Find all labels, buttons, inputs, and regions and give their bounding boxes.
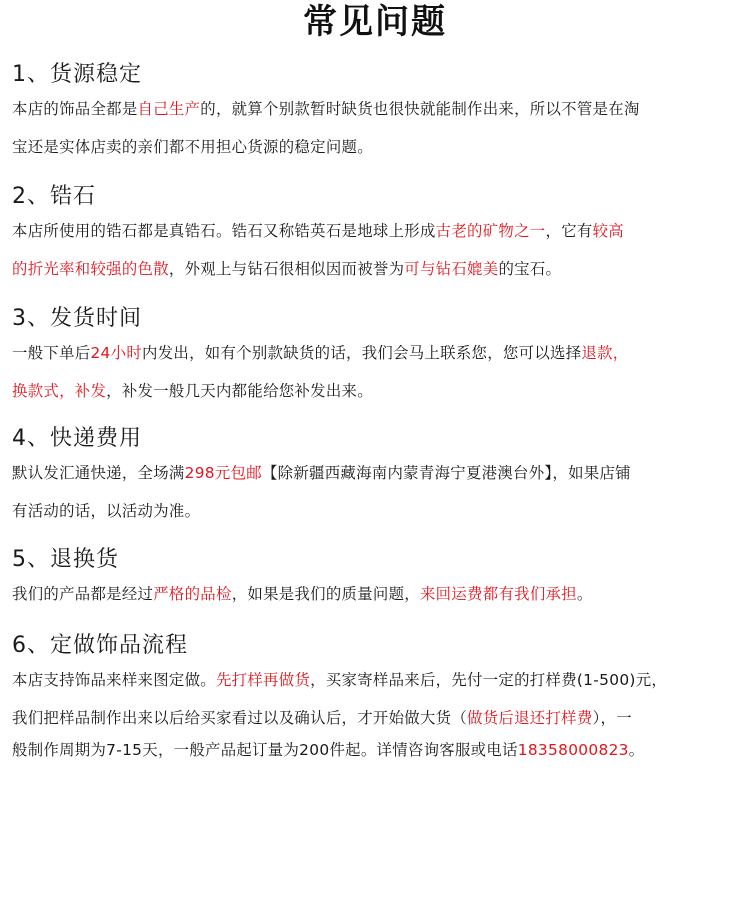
highlight-text: 来回运费都有我们承担 bbox=[420, 585, 577, 603]
faq-section-zircon: 2、锆石 本店所使用的锆石都是真锆石。锆石又称锆英石是地球上形成古老的矿物之一，… bbox=[12, 184, 748, 288]
highlight-text: 298元包邮 bbox=[185, 464, 262, 482]
text-run: 【除新疆西藏海南内蒙青海宁夏港澳台外】，如果店铺 bbox=[262, 464, 631, 482]
text-run: 的，就算个别款暂时缺货也很快就能制作出来，所以不管是在淘 bbox=[200, 100, 639, 118]
highlight-text: 严格的品检 bbox=[153, 585, 231, 603]
text-run: ，外观上与钻石很相似因而被誉为 bbox=[169, 260, 404, 278]
section-line: 本店的饰品全都是自己生产的，就算个别款暂时缺货也很快就能制作出来，所以不管是在淘 bbox=[12, 90, 748, 128]
highlight-text: 古老的矿物之一 bbox=[436, 222, 546, 240]
section-line: 有活动的话，以活动为准。 bbox=[12, 492, 748, 530]
highlight-text: 做货后退还打样费 bbox=[467, 709, 593, 727]
highlight-text: 可与钻石媲美 bbox=[404, 260, 498, 278]
faq-section-shipping-cost: 4、快递费用 默认发汇通快递，全场满298元包邮【除新疆西藏海南内蒙青海宁夏港澳… bbox=[12, 426, 748, 530]
section-line: 我们的产品都是经过严格的品检，如果是我们的质量问题，来回运费都有我们承担。 bbox=[12, 575, 748, 613]
text-run: 本店的饰品全都是 bbox=[12, 100, 138, 118]
section-heading: 3、发货时间 bbox=[12, 306, 748, 332]
section-heading: 1、货源稳定 bbox=[12, 62, 748, 88]
text-run: ，补发一般几天内都能给您补发出来。 bbox=[106, 382, 373, 400]
section-line: 本店支持饰品来样来图定做。先打样再做货，买家寄样品来后，先付一定的打样费(1-5… bbox=[12, 661, 748, 699]
faq-section-custom-order: 6、定做饰品流程 本店支持饰品来样来图定做。先打样再做货，买家寄样品来后，先付一… bbox=[12, 633, 748, 769]
text-run: ，如果是我们的质量问题， bbox=[232, 585, 420, 603]
text-run: ，买家寄样品来后，先付一定的打样费(1-500)元， bbox=[310, 671, 667, 689]
text-run: 。 bbox=[577, 585, 593, 603]
text-run: 。 bbox=[629, 741, 645, 759]
faq-section-shipping-time: 3、发货时间 一般下单后24小时内发出，如有个别款缺货的话，我们会马上联系您，您… bbox=[12, 306, 748, 410]
highlight-text: 的折光率和较强的色散 bbox=[12, 260, 169, 278]
section-line: 默认发汇通快递，全场满298元包邮【除新疆西藏海南内蒙青海宁夏港澳台外】，如果店… bbox=[12, 454, 748, 492]
highlight-text: 24小时 bbox=[90, 344, 142, 362]
faq-section-supply: 1、货源稳定 本店的饰品全都是自己生产的，就算个别款暂时缺货也很快就能制作出来，… bbox=[12, 62, 748, 166]
page-title: 常见问题 bbox=[0, 2, 750, 42]
section-line: 的折光率和较强的色散，外观上与钻石很相似因而被誉为可与钻石媲美的宝石。 bbox=[12, 250, 748, 288]
text-run: ，它有 bbox=[546, 222, 593, 240]
section-line: 般制作周期为7-15天，一般产品起订量为200件起。详情咨询客服或电话18358… bbox=[12, 731, 748, 769]
text-run: 的宝石。 bbox=[498, 260, 561, 278]
section-heading: 4、快递费用 bbox=[12, 426, 748, 452]
highlight-text: 较高 bbox=[593, 222, 624, 240]
text-run: 默认发汇通快递，全场满 bbox=[12, 464, 185, 482]
highlight-text: 退款， bbox=[581, 344, 628, 362]
text-run: 般制作周期为7-15天，一般产品起订量为200件起。详情咨询客服或电话 bbox=[12, 741, 518, 759]
highlight-text: 换款式，补发 bbox=[12, 382, 106, 400]
text-run: 我们的产品都是经过 bbox=[12, 585, 153, 603]
text-run: 内发出，如有个别款缺货的话，我们会马上联系您，您可以选择 bbox=[142, 344, 581, 362]
text-run: ），一 bbox=[593, 709, 632, 727]
text-run: 本店所使用的锆石都是真锆石。锆石又称锆英石是地球上形成 bbox=[12, 222, 436, 240]
section-line: 一般下单后24小时内发出，如有个别款缺货的话，我们会马上联系您，您可以选择退款， bbox=[12, 334, 748, 372]
section-heading: 6、定做饰品流程 bbox=[12, 633, 748, 659]
text-run: 我们把样品制作出来以后给买家看过以及确认后，才开始做大货（ bbox=[12, 709, 467, 727]
highlight-text: 先打样再做货 bbox=[216, 671, 310, 689]
section-line: 宝还是实体店卖的亲们都不用担心货源的稳定问题。 bbox=[12, 128, 748, 166]
text-run: 一般下单后 bbox=[12, 344, 90, 362]
phone-number: 18358000823 bbox=[518, 741, 629, 759]
faq-section-returns: 5、退换货 我们的产品都是经过严格的品检，如果是我们的质量问题，来回运费都有我们… bbox=[12, 547, 748, 613]
text-run: 本店支持饰品来样来图定做。 bbox=[12, 671, 216, 689]
section-line: 本店所使用的锆石都是真锆石。锆石又称锆英石是地球上形成古老的矿物之一，它有较高 bbox=[12, 212, 748, 250]
section-heading: 5、退换货 bbox=[12, 547, 748, 573]
text-run: 宝还是实体店卖的亲们都不用担心货源的稳定问题。 bbox=[12, 138, 373, 156]
section-heading: 2、锆石 bbox=[12, 184, 748, 210]
text-run: 有活动的话，以活动为准。 bbox=[12, 502, 200, 520]
highlight-text: 自己生产 bbox=[138, 100, 201, 118]
section-line: 换款式，补发，补发一般几天内都能给您补发出来。 bbox=[12, 372, 748, 410]
